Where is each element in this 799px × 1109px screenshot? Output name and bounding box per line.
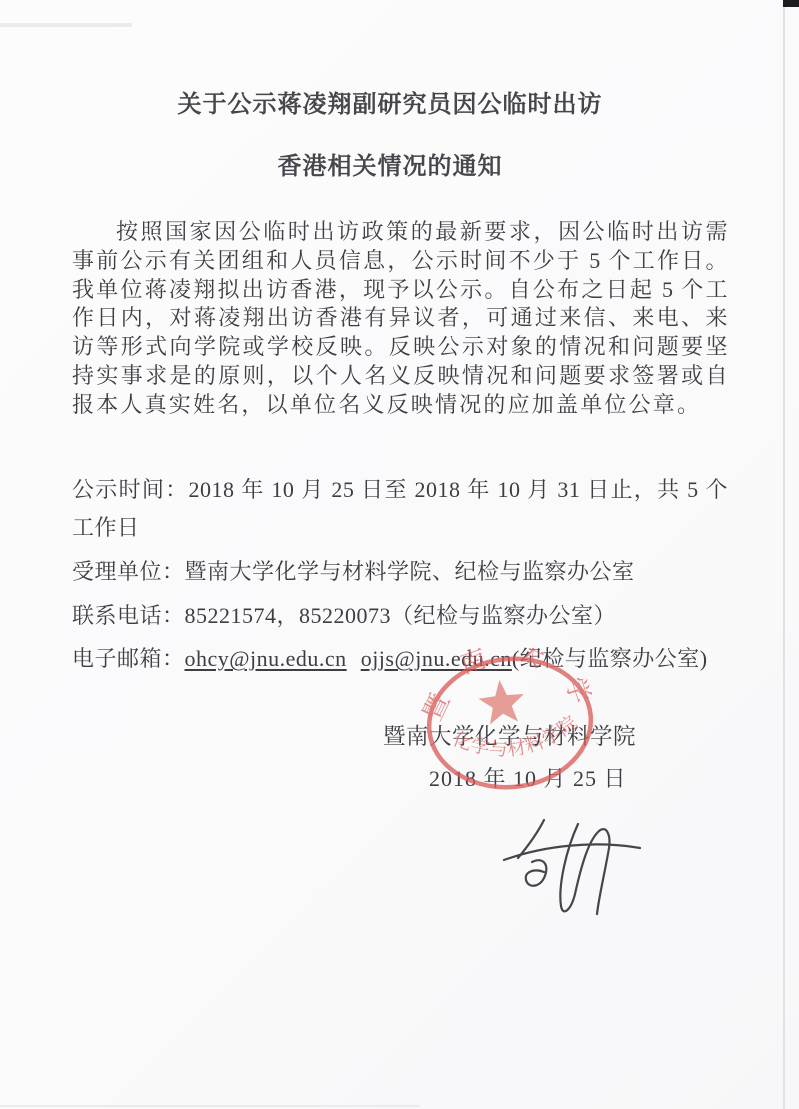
paper-edge-line <box>783 0 785 1109</box>
publicity-period-line1: 公示时间：2018 年 10 月 25 日至 2018 年 10 月 31 日止… <box>72 476 728 504</box>
email-address-1: ohcy@jnu.edu.cn <box>185 646 347 671</box>
body-line: 作日内，对蒋凌翔出访香港有异议者，可通过来信、来电、来 <box>72 304 728 333</box>
body-line: 持实事求是的原则，以个人名义反映情况和问题要求签署或自 <box>72 362 728 391</box>
signature-stroke <box>560 824 609 914</box>
body-line: 我单位蒋凌翔拟出访香港，现予以公示。自公布之日起 5 个工 <box>72 276 728 305</box>
signature-stroke <box>504 844 640 860</box>
notice-title-line2: 香港相关情况的通知 <box>0 146 780 181</box>
signature-stroke <box>526 860 547 886</box>
notice-title-line1: 关于公示蒋凌翔副研究员因公临时出访 <box>0 84 780 119</box>
body-line: 事前公示有关团组和人员信息，公示时间不少于 5 个工作日。 <box>72 247 728 276</box>
paper-bottom-edge <box>0 1105 420 1107</box>
scan-streak <box>0 23 132 27</box>
email-line: 电子邮箱：ohcy@jnu.edu.cnojjs@jnu.edu.cn(纪检与监… <box>72 645 728 673</box>
email-label: 电子邮箱： <box>72 646 185 671</box>
scan-corner-mark <box>783 0 799 7</box>
contact-phone-line: 联系电话：85221574，85220073（纪检与监察办公室） <box>72 602 728 630</box>
seal-star-icon <box>477 677 527 725</box>
body-line: 按照国家因公临时出访政策的最新要求，因公临时出访需 <box>72 218 728 247</box>
official-seal-stamp: 暨南大学 化学与材料学院 <box>420 648 600 798</box>
notice-body: 按照国家因公临时出访政策的最新要求，因公临时出访需 事前公示有关团组和人员信息，… <box>72 218 728 420</box>
handwritten-signature <box>498 810 658 930</box>
accepting-unit-line: 受理单位：暨南大学化学与材料学院、纪检与监察办公室 <box>72 558 728 586</box>
scanned-notice-page: 关于公示蒋凌翔副研究员因公临时出访 香港相关情况的通知 按照国家因公临时出访政策… <box>0 0 799 1109</box>
body-line: 访等形式向学院或学校反映。反映公示对象的情况和问题要坚 <box>72 333 728 362</box>
body-line: 报本人真实姓名，以单位名义反映情况的应加盖单位公章。 <box>72 391 728 420</box>
publicity-period-line2: 工作日 <box>72 514 728 542</box>
